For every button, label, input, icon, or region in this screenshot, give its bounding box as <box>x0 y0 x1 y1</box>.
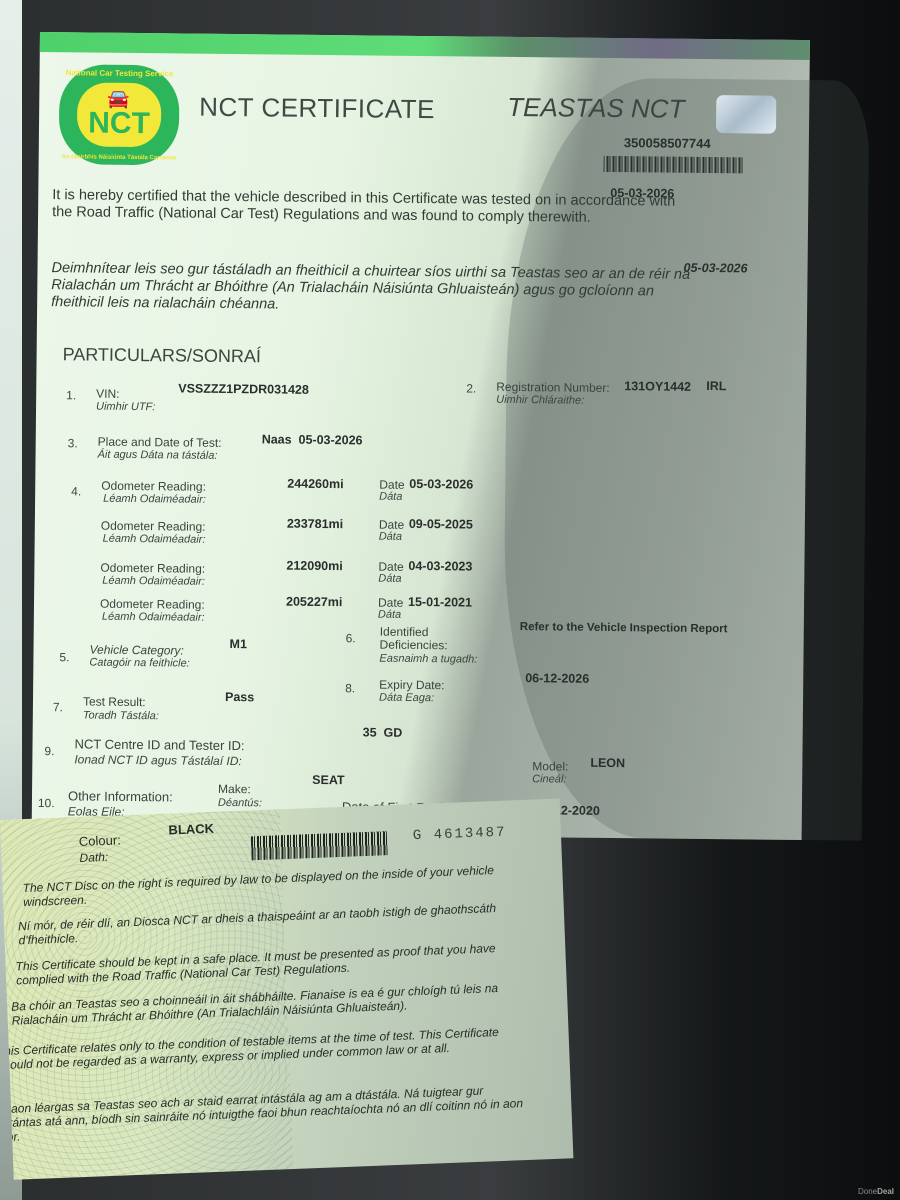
make-label: Make: <box>218 782 251 796</box>
odometer-label-ga: Léamh Odaiméadair: <box>102 611 205 624</box>
expiry-value: 06-12-2026 <box>525 671 589 686</box>
logo-text: NCT <box>77 106 161 141</box>
watermark-part-a: Done <box>858 1187 877 1196</box>
place-date-value: Naas 05-03-2026 <box>262 432 363 447</box>
category-label-ga: Catagóir na feithicle: <box>89 657 189 670</box>
expiry-label: Expiry Date: <box>379 678 445 693</box>
other-info-label: Other Information: <box>68 788 173 804</box>
field-number: 7. <box>53 700 63 714</box>
registration-value: 131OY1442 <box>624 379 691 394</box>
disc-number: G 4613487 <box>413 825 507 845</box>
deficiencies-label-ga: Easnaimh a tugadh: <box>379 653 477 666</box>
field-number: 8. <box>345 681 355 695</box>
centre-label: NCT Centre ID and Tester ID: <box>74 736 244 753</box>
deficiencies-value: Refer to the Vehicle Inspection Report <box>520 621 728 635</box>
result-label-ga: Toradh Tástála: <box>83 709 159 722</box>
odometer-date-label-ga: Dáta <box>379 491 402 503</box>
odometer-label-ga: Léamh Odaiméadair: <box>103 533 206 546</box>
registration-label: Registration Number: <box>496 380 610 395</box>
field-number: 1. <box>66 388 76 402</box>
odometer-label: Odometer Reading: <box>101 519 206 534</box>
model-label-ga: Cineál: <box>532 773 566 785</box>
field-number: 4. <box>71 484 81 498</box>
make-value: SEAT <box>312 773 345 787</box>
barcode-icon <box>604 156 744 173</box>
test-date-ga: 05-03-2026 <box>683 261 747 276</box>
field-number: 10. <box>38 796 55 810</box>
certificate-ticket-stub: Colour: Dath: BLACK G 4613487 The NCT Di… <box>0 799 573 1180</box>
statement-english: It is hereby certified that the vehicle … <box>52 187 692 228</box>
centre-value: 35 GD <box>363 725 403 739</box>
vin-label-ga: Uimhir UTF: <box>96 401 155 414</box>
colour-label: Colour: <box>79 833 121 849</box>
odometer-value: 233781mi <box>287 517 343 532</box>
odometer-date-label-ga: Dáta <box>379 531 402 543</box>
field-number: 3. <box>68 436 78 450</box>
colour-value: BLACK <box>168 822 214 838</box>
odometer-label-ga: Léamh Odaiméadair: <box>102 575 205 588</box>
odometer-date-label-ga: Dáta <box>378 609 401 621</box>
model-value: LEON <box>590 756 625 770</box>
odometer-label-ga: Léamh Odaiméadair: <box>103 493 206 506</box>
odometer-date-value: 15-01-2021 <box>408 595 472 610</box>
field-number: 6. <box>346 631 356 645</box>
particulars-heading: PARTICULARS/SONRAÍ <box>63 344 262 367</box>
certificate-number: 350058507744 <box>624 135 711 151</box>
registration-label-ga: Uimhir Chláraithe: <box>496 394 584 407</box>
registration-country: IRL <box>706 379 726 393</box>
title-english: NCT CERTIFICATE <box>199 92 435 125</box>
test-result-value: Pass <box>225 690 254 704</box>
odometer-date-value: 04-03-2023 <box>408 559 472 574</box>
odometer-value: 244260mi <box>287 477 343 492</box>
odometer-label: Odometer Reading: <box>100 597 205 612</box>
donedeal-watermark: DoneDeal <box>858 1187 894 1196</box>
colour-label-ga: Dath: <box>79 850 108 865</box>
nct-certificate: National Car Testing Service 🚘 NCT An tS… <box>32 32 810 840</box>
category-label: Vehicle Category: <box>89 643 183 658</box>
odometer-value: 205227mi <box>286 595 342 610</box>
vin-value: VSSZZZ1PZDR031428 <box>178 381 309 396</box>
odometer-date-label-ga: Dáta <box>378 573 401 585</box>
logo-ring-text: National Car Testing Service <box>60 68 180 78</box>
vin-label: VIN: <box>96 387 119 401</box>
expiry-label-ga: Dáta Eaga: <box>379 692 434 705</box>
result-label: Test Result: <box>83 694 146 709</box>
odometer-date-value: 09-05-2025 <box>409 517 473 532</box>
logo-ring-text-ga: An tSeirbhís Náisiúnta Tástála Carranna <box>59 154 179 161</box>
centre-label-ga: Ionad NCT ID agus Tástálaí ID: <box>74 752 242 768</box>
deficiencies-label: Identified Deficiencies: <box>380 626 480 653</box>
barcode-icon <box>251 831 388 860</box>
field-number: 5. <box>59 650 69 664</box>
watermark-part-b: Deal <box>877 1187 894 1196</box>
field-number: 2. <box>466 381 476 395</box>
category-value: M1 <box>230 637 248 651</box>
odometer-label: Odometer Reading: <box>101 479 206 494</box>
nct-logo: National Car Testing Service 🚘 NCT An tS… <box>59 64 180 165</box>
statement-irish: Deimhnítear leis seo gur tástáladh an fh… <box>51 260 691 318</box>
model-label: Model: <box>532 759 568 773</box>
certificate-green-band <box>40 32 810 60</box>
odometer-value: 212090mi <box>286 559 342 574</box>
odometer-label: Odometer Reading: <box>100 561 205 576</box>
field-number: 9. <box>44 744 54 758</box>
title-irish: TEASTAS NCT <box>507 92 685 125</box>
odometer-date-value: 05-03-2026 <box>409 477 473 492</box>
make-label-ga: Déantús: <box>218 797 262 809</box>
place-date-label-ga: Áit agus Dáta na tástála: <box>98 449 218 462</box>
hologram-icon <box>716 95 776 134</box>
place-date-label: Place and Date of Test: <box>98 435 222 450</box>
